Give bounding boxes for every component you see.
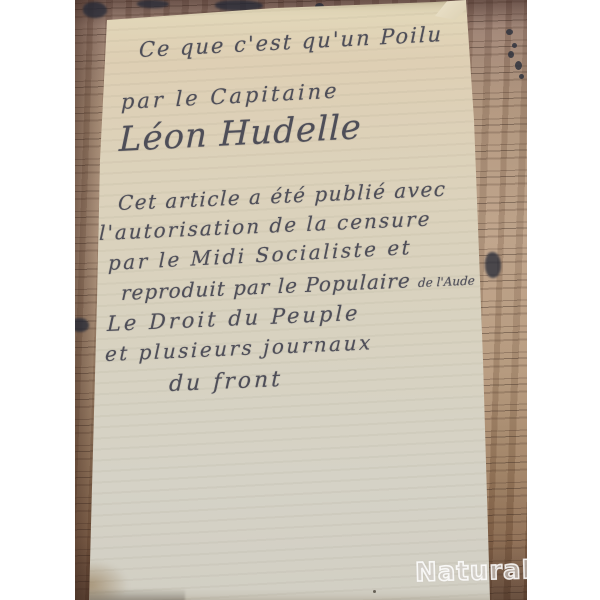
handwritten-line: du front [169,367,284,397]
handwritten-title: Ce que c'est qu'un Poilu [139,22,443,62]
ink-stain [506,29,513,35]
ink-stain [512,43,517,48]
handwritten-line-main: reproduit par le Populaire [121,268,411,305]
handwritten-line: Le Droit du Peuple [107,301,361,336]
ink-stain [508,51,514,58]
document-photo: Ce que c'est qu'un Poilu par le Capitain… [75,0,527,600]
paper-bottom-smudge [75,588,185,600]
ink-stain [215,0,263,11]
paper-speck [373,590,376,593]
handwritten-line: et plusieurs journaux [105,330,373,366]
ink-stain [83,2,107,18]
page-canvas: Ce que c'est qu'un Poilu par le Capitain… [0,0,600,600]
ink-stain [137,0,169,8]
ink-stain [519,74,524,79]
ink-stain [515,61,522,70]
ink-stain [485,252,501,278]
handwritten-byline: par le Capitaine [121,79,340,115]
naturabuy-watermark: NaturaBuy [415,554,527,588]
handwritten-annotation: de l'Aude [418,274,475,291]
handwritten-author-name: Léon Hudelle [119,107,363,160]
paper-sheet: Ce que c'est qu'un Poilu par le Capitain… [75,0,527,600]
